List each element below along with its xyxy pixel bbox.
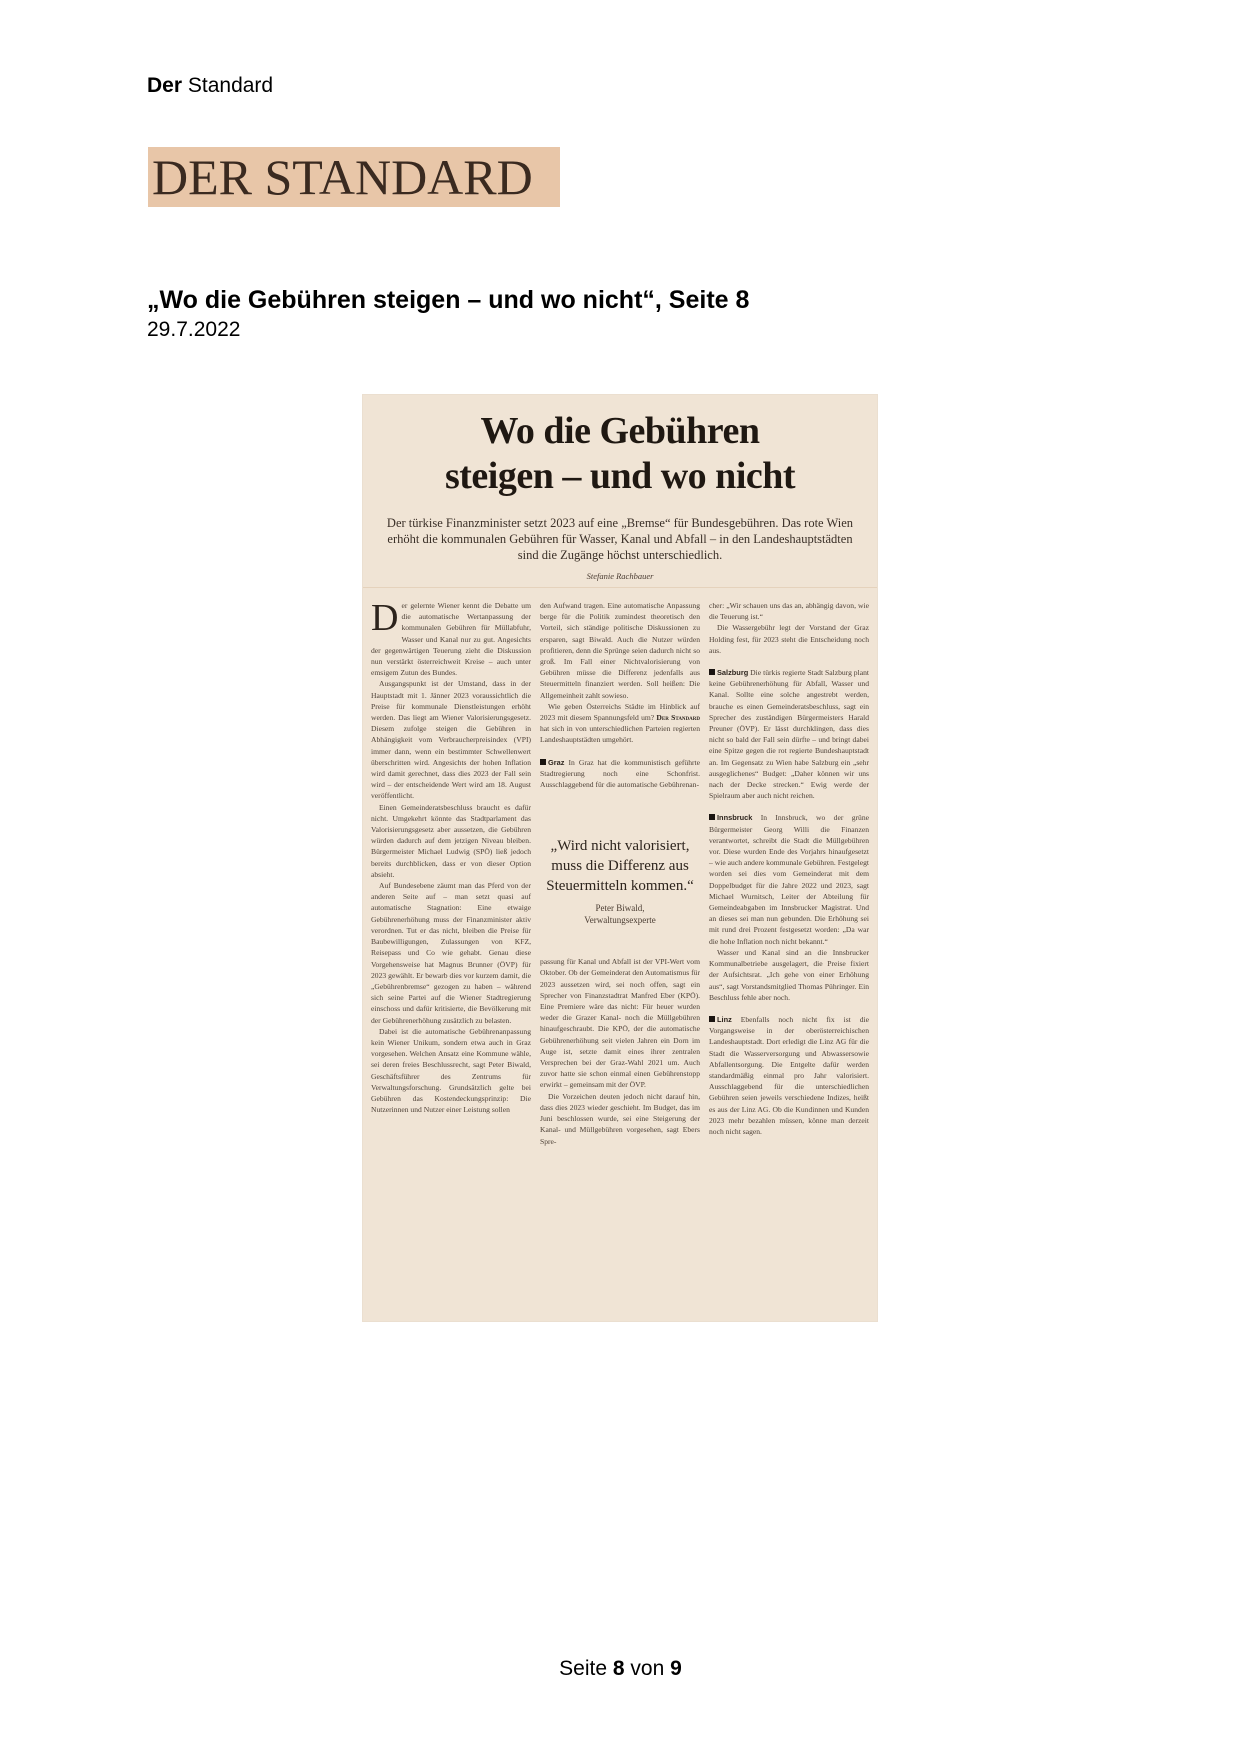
source-line: Der Standard xyxy=(147,73,273,99)
page-total: 9 xyxy=(670,1657,682,1680)
newspaper-logo: DER STANDARD xyxy=(148,147,560,207)
paragraph: Dabei ist die automatische Gebührenanpas… xyxy=(371,1026,531,1116)
square-bullet-icon xyxy=(540,759,546,765)
paragraph: Der gelernte Wiener kennt die Debatte um… xyxy=(371,600,531,678)
section-label: Salzburg xyxy=(717,668,748,677)
section-graz: Graz In Graz hat die kommunistisch gefüh… xyxy=(540,757,700,791)
source-name-bold: Der xyxy=(147,74,182,97)
paragraph: cher: „Wir schauen uns das an, abhängig … xyxy=(709,600,869,622)
article-title: Wo die Gebühren steigen – und wo nicht xyxy=(363,409,877,499)
page-footer: Seite 8 von 9 xyxy=(0,1656,1241,1682)
square-bullet-icon xyxy=(709,1016,715,1022)
paragraph: den Aufwand tragen. Eine automatische An… xyxy=(540,600,700,701)
paragraph: Wie geben Österreichs Städte im Hinblick… xyxy=(540,701,700,746)
page-of-label: von xyxy=(630,1657,664,1680)
article-clipping: Wo die Gebühren steigen – und wo nicht D… xyxy=(363,395,877,1321)
article-lead: Der türkise Finanzminister setzt 2023 au… xyxy=(383,515,857,563)
paragraph: Einen Gemeinderatsbeschluss braucht es d… xyxy=(371,802,531,880)
section-innsbruck: Innsbruck In Innsbruck, wo der grüne Bür… xyxy=(709,812,869,946)
section-label: Innsbruck xyxy=(717,813,752,822)
paragraph: passung für Kanal und Abfall ist der VPI… xyxy=(540,956,700,1090)
section-label: Linz xyxy=(717,1015,732,1024)
square-bullet-icon xyxy=(709,669,715,675)
square-bullet-icon xyxy=(709,814,715,820)
pull-quote-attribution: Peter Biwald, Verwaltungsexperte xyxy=(546,902,694,926)
drop-cap: D xyxy=(371,602,398,634)
source-name-regular: Standard xyxy=(188,74,273,97)
pull-quote-text: „Wird nicht valorisiert, muss die Differ… xyxy=(546,836,694,896)
article-author: Stefanie Rachbauer xyxy=(363,571,877,581)
article-column-3: cher: „Wir schauen uns das an, abhängig … xyxy=(709,600,869,1137)
article-title-line-2: steigen – und wo nicht xyxy=(363,454,877,499)
publication-date: 29.7.2022 xyxy=(147,317,240,343)
paragraph: Wasser und Kanal sind an die Innsbrucker… xyxy=(709,947,869,1003)
paragraph: Ausgangspunkt ist der Umstand, dass in d… xyxy=(371,678,531,801)
article-header: Wo die Gebühren steigen – und wo nicht D… xyxy=(363,395,877,588)
article-title-line-1: Wo die Gebühren xyxy=(363,409,877,454)
page-headline: „Wo die Gebühren steigen – und wo nicht“… xyxy=(147,285,749,315)
newspaper-logo-text: DER STANDARD xyxy=(152,151,533,203)
section-label: Graz xyxy=(548,758,564,767)
section-linz: Linz Ebenfalls noch nicht fix ist die Vo… xyxy=(709,1014,869,1137)
article-column-1: Der gelernte Wiener kennt die Debatte um… xyxy=(371,600,531,1115)
page-current: 8 xyxy=(613,1657,625,1680)
pull-quote: „Wird nicht valorisiert, muss die Differ… xyxy=(546,836,694,926)
paragraph: Die Wassergebühr legt der Vorstand der G… xyxy=(709,622,869,656)
article-column-2: den Aufwand tragen. Eine automatische An… xyxy=(540,600,700,1147)
brand-mention: Der Standard xyxy=(656,713,700,722)
section-salzburg: Salzburg Die türkis regierte Stadt Salzb… xyxy=(709,667,869,801)
page-label: Seite xyxy=(559,1657,607,1680)
paragraph: Die Vorzeichen deuten jedoch nicht darau… xyxy=(540,1091,700,1147)
paragraph: Auf Bundesebene zäumt man das Pferd von … xyxy=(371,880,531,1026)
